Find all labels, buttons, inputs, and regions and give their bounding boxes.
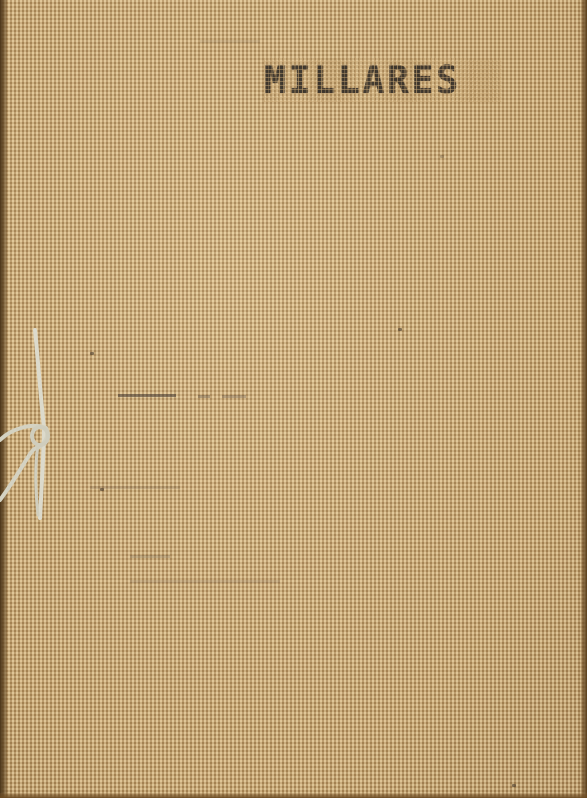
cover-title: MILLARES	[264, 58, 502, 102]
faint-mark	[118, 394, 176, 397]
speck	[100, 488, 104, 491]
burlap-cover: MILLARES	[0, 0, 587, 798]
speck	[512, 784, 516, 787]
speck	[440, 155, 444, 158]
speck	[398, 328, 402, 331]
faint-mark	[200, 40, 260, 43]
faint-mark	[222, 395, 246, 398]
faint-mark	[130, 580, 280, 583]
right-edge	[581, 0, 587, 798]
bottom-edge	[0, 793, 587, 798]
faint-mark	[130, 555, 170, 558]
speck	[90, 352, 94, 355]
faint-mark	[198, 395, 210, 398]
